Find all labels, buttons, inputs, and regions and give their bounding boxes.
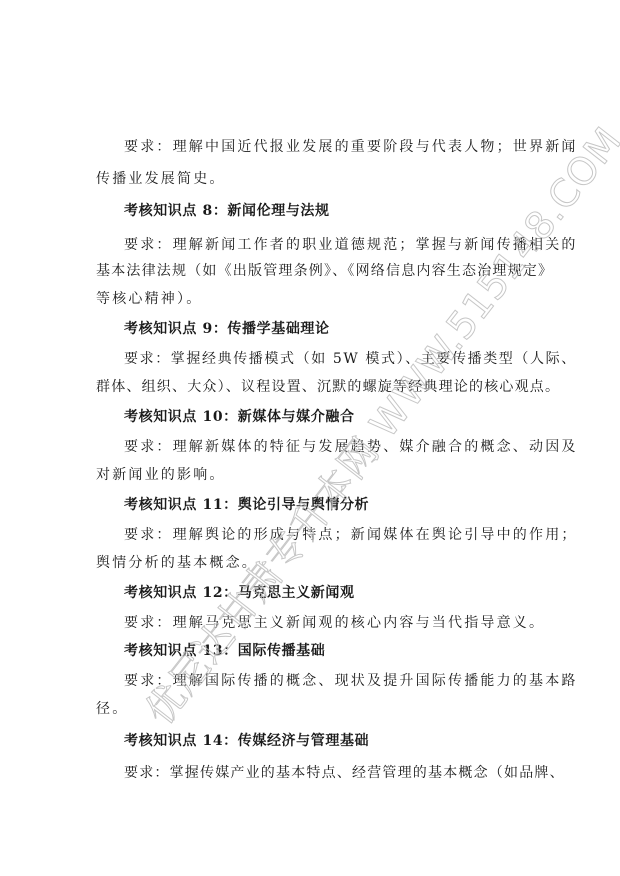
section-13-line-2: 径。 [96, 700, 532, 718]
section-11-heading: 考核知识点 11：舆论引导与舆情分析 [124, 496, 560, 514]
section-10-line-1: 要求：理解新媒体的特征与发展趋势、媒介融合的概念、动因及 [124, 438, 560, 456]
section-8-heading: 考核知识点 8：新闻伦理与法规 [124, 202, 560, 220]
section-14-heading: 考核知识点 14：传媒经济与管理基础 [124, 732, 560, 750]
section-12-line-1: 要求：理解马克思主义新闻观的核心内容与当代指导意义。 [124, 614, 560, 632]
section-14-line-1: 要求：掌握传媒产业的基本特点、经营管理的基本概念（如品牌、 [124, 764, 560, 782]
section-13-heading: 考核知识点 13：国际传播基础 [124, 642, 560, 660]
section-11-line-2: 舆情分析的基本概念。 [96, 554, 532, 572]
section-12-heading: 考核知识点 12：马克思主义新闻观 [124, 584, 560, 602]
document-page: 要求：理解中国近代报业发展的重要阶段与代表人物；世界新闻 传播业发展简史。 考核… [0, 0, 620, 876]
section-9-line-2: 群体、组织、大众）、议程设置、沉默的螺旋等经典理论的核心观点。 [96, 378, 532, 396]
section-10-line-2: 对新闻业的影响。 [96, 466, 532, 484]
intro-line-1: 要求：理解中国近代报业发展的重要阶段与代表人物；世界新闻 [124, 138, 560, 156]
section-13-line-1: 要求：理解国际传播的概念、现状及提升国际传播能力的基本路 [124, 672, 560, 690]
section-8-line-1: 要求：理解新闻工作者的职业道德规范；掌握与新闻传播相关的 [124, 236, 560, 254]
section-9-heading: 考核知识点 9：传播学基础理论 [124, 320, 560, 338]
intro-line-2: 传播业发展简史。 [96, 170, 532, 188]
section-8-line-3: 等核心精神）。 [96, 290, 532, 308]
section-11-line-1: 要求：理解舆论的形成与特点；新闻媒体在舆论引导中的作用； [124, 526, 560, 544]
section-10-heading: 考核知识点 10：新媒体与媒介融合 [124, 408, 560, 426]
section-9-line-1: 要求：掌握经典传播模式（如 5W 模式）、主要传播类型（人际、 [124, 350, 560, 368]
section-8-line-2: 基本法律法规（如《出版管理条例》、《网络信息内容生态治理规定》 [96, 262, 532, 280]
